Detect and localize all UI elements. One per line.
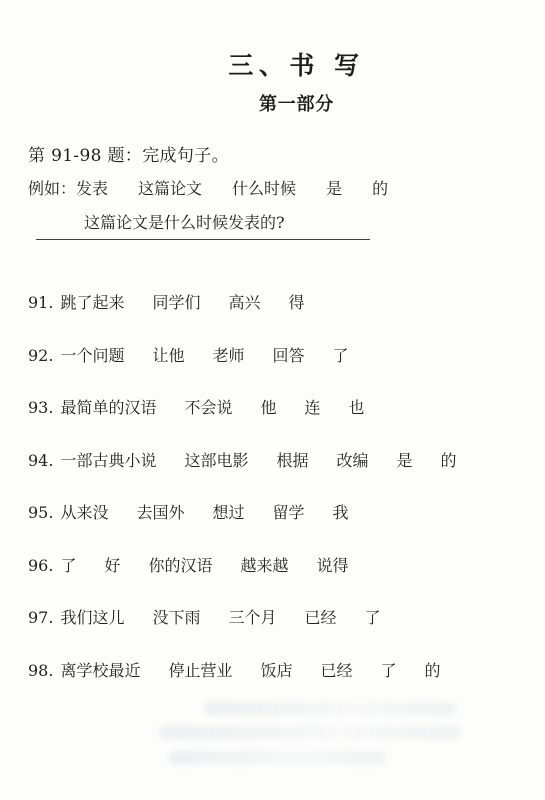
question-row: 98.离学校最近停止营业饭店已经了的 xyxy=(28,662,457,679)
questions-list: 91.跳了起来同学们高兴得92.一个问题让他老师回答了93.最简单的汉语不会说他… xyxy=(28,294,457,714)
question-number: 91. xyxy=(28,293,53,312)
question-segment: 同学们 xyxy=(152,293,200,312)
question-segment: 从来没 xyxy=(60,503,108,522)
question-segment: 三个月 xyxy=(228,608,276,627)
question-segment: 他 xyxy=(260,398,276,417)
question-segment: 没下雨 xyxy=(152,608,200,627)
example-segment: 什么时候 xyxy=(232,179,296,198)
question-segment: 一部古典小说 xyxy=(60,451,156,470)
question-segment: 一个问题 xyxy=(60,346,124,365)
question-segment: 老师 xyxy=(212,346,244,365)
question-segment: 根据 xyxy=(276,451,308,470)
question-row: 97.我们这儿没下雨三个月已经了 xyxy=(28,609,457,626)
example-line: 例如：发表这篇论文什么时候是的 xyxy=(28,176,388,199)
question-number: 95. xyxy=(28,503,53,522)
question-segment: 已经 xyxy=(305,608,337,627)
question-segment: 了 xyxy=(365,608,381,627)
question-number: 98. xyxy=(28,661,53,680)
question-number: 97. xyxy=(28,608,53,627)
question-segment: 改编 xyxy=(337,451,369,470)
bleed-through-artifact xyxy=(170,751,385,764)
question-segment: 越来越 xyxy=(241,556,289,575)
question-segment: 跳了起来 xyxy=(60,293,124,312)
question-number: 94. xyxy=(28,451,53,470)
example-answer-underline: 这篇论文是什么时候发表的? xyxy=(36,210,370,240)
question-segment: 也 xyxy=(349,398,365,417)
question-segment: 得 xyxy=(289,293,305,312)
question-number: 92. xyxy=(28,346,53,365)
question-segment: 最简单的汉语 xyxy=(60,398,156,417)
example-segment: 这篇论文 xyxy=(138,179,202,198)
question-segment: 停止营业 xyxy=(168,661,232,680)
example-answer: 这篇论文是什么时候发表的? xyxy=(84,210,285,233)
question-row: 96.了好你的汉语越来越说得 xyxy=(28,557,457,574)
instruction-line: 第 91-98 题：完成句子。 xyxy=(28,141,229,166)
question-number: 96. xyxy=(28,556,53,575)
exam-page: 三、书 写 第一部分 第 91-98 题：完成句子。 例如：发表这篇论文什么时候… xyxy=(0,0,545,800)
question-segment: 这部电影 xyxy=(184,451,248,470)
example-segment: 是 xyxy=(326,179,342,198)
question-segment: 了 xyxy=(60,556,76,575)
question-row: 93.最简单的汉语不会说他连也 xyxy=(28,399,457,416)
question-segment: 好 xyxy=(104,556,120,575)
question-segment: 了 xyxy=(333,346,349,365)
question-segment: 让他 xyxy=(152,346,184,365)
question-segment: 我 xyxy=(333,503,349,522)
question-row: 92.一个问题让他老师回答了 xyxy=(28,347,457,364)
question-segment: 饭店 xyxy=(260,661,292,680)
question-segment: 我们这儿 xyxy=(60,608,124,627)
question-segment: 连 xyxy=(305,398,321,417)
question-segment: 的 xyxy=(425,661,441,680)
bleed-through-artifact xyxy=(160,726,460,739)
question-segment: 留学 xyxy=(273,503,305,522)
question-segment: 已经 xyxy=(321,661,353,680)
question-segment: 离学校最近 xyxy=(60,661,140,680)
question-segment: 是 xyxy=(397,451,413,470)
question-row: 91.跳了起来同学们高兴得 xyxy=(28,294,457,311)
question-row: 95.从来没去国外想过留学我 xyxy=(28,504,457,521)
question-segment: 了 xyxy=(381,661,397,680)
question-number: 93. xyxy=(28,398,53,417)
question-segment: 去国外 xyxy=(136,503,184,522)
section-title: 三、书 写 xyxy=(0,46,545,82)
question-row: 94.一部古典小说这部电影根据改编是的 xyxy=(28,452,457,469)
question-segment: 你的汉语 xyxy=(148,556,212,575)
question-segment: 高兴 xyxy=(228,293,260,312)
example-prefix: 例如： xyxy=(28,179,76,198)
question-segment: 不会说 xyxy=(184,398,232,417)
question-segment: 的 xyxy=(441,451,457,470)
question-segment: 说得 xyxy=(317,556,349,575)
question-segment: 想过 xyxy=(212,503,244,522)
example-segment: 的 xyxy=(372,179,388,198)
example-segment: 发表 xyxy=(76,179,108,198)
example-segments: 发表这篇论文什么时候是的 xyxy=(76,179,388,198)
part-title: 第一部分 xyxy=(0,90,545,116)
question-segment: 回答 xyxy=(273,346,305,365)
